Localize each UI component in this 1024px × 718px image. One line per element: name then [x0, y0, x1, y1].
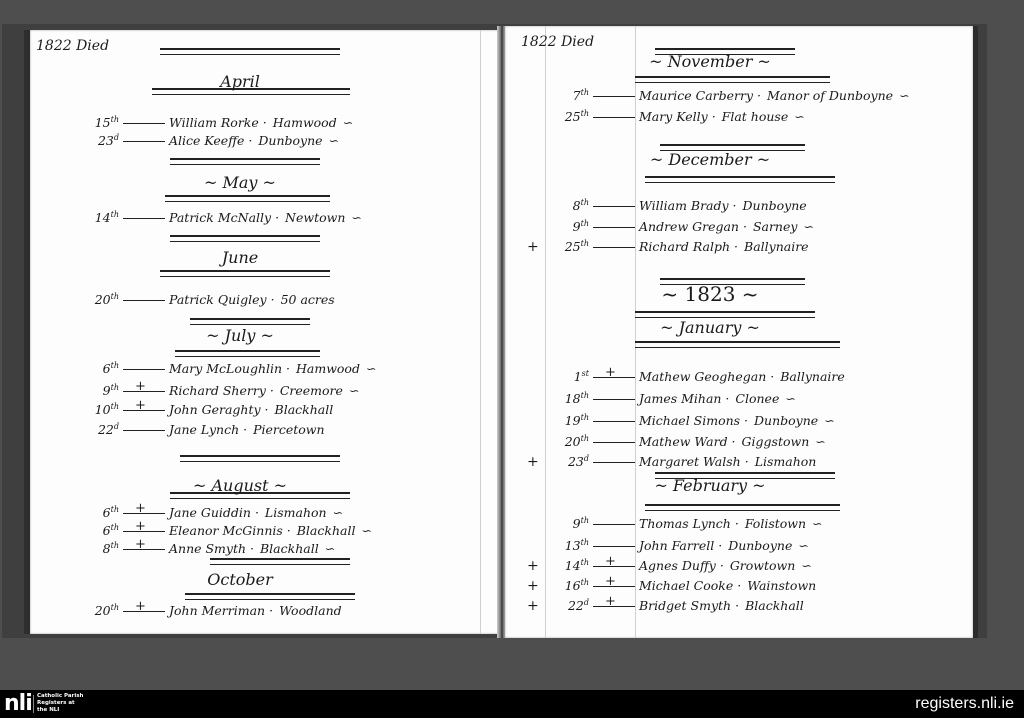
deceased-name: William Brady ·	[639, 198, 737, 213]
townland: Creemore	[280, 383, 343, 398]
entry-dash: +	[593, 566, 635, 567]
month-heading: ~ January ~	[505, 318, 915, 337]
month-heading: ~ November ~	[505, 52, 915, 71]
tick-mark: ∽	[803, 219, 813, 234]
entry-dash: +	[593, 586, 635, 587]
deceased-name: Patrick McNally ·	[169, 210, 279, 225]
deceased-name: Patrick Quigley ·	[169, 292, 275, 307]
deceased-name: Alice Keeffe ·	[169, 133, 252, 148]
margin-cross-mark: +	[527, 239, 539, 255]
double-rule	[170, 158, 320, 165]
entry-dash	[593, 227, 635, 228]
deceased-name: Mary McLoughlin ·	[169, 361, 290, 376]
burial-entry: 20th+John Merriman ·Woodland	[85, 603, 342, 618]
entry-day: 15th	[85, 115, 119, 130]
left-page: 1822 Died April15thWilliam Rorke ·Hamwoo…	[24, 30, 506, 634]
deceased-name: Jane Lynch ·	[169, 422, 247, 437]
entry-day: 23d	[85, 133, 119, 148]
entry-dash: +	[123, 410, 165, 411]
burial-entry: 9thAndrew Gregan ·Sarney∽	[555, 219, 814, 234]
burial-entry: +14th+Agnes Duffy ·Growtown∽	[555, 558, 812, 573]
burial-entry: 10th+John Geraghty ·Blackhall	[85, 402, 333, 417]
entry-day: 23d	[555, 454, 589, 469]
burial-entry: 19thMichael Simons ·Dunboyne∽	[555, 413, 835, 428]
deceased-name: John Merriman ·	[169, 603, 273, 618]
page-year-label: 1822 Died	[36, 38, 109, 54]
cross-mark: +	[135, 599, 146, 614]
deceased-name: Maurice Carberry ·	[639, 88, 761, 103]
double-rule	[210, 558, 350, 565]
townland: Ballynaire	[780, 369, 845, 384]
double-rule	[160, 270, 330, 277]
deceased-name: Andrew Gregan ·	[639, 219, 747, 234]
burial-entry: 9th+Richard Sherry ·Creemore∽	[85, 383, 359, 398]
entry-dash	[123, 430, 165, 431]
deceased-name: Mathew Ward ·	[639, 434, 736, 449]
burial-entry: 15thWilliam Rorke ·Hamwood∽	[85, 115, 353, 130]
entry-dash: +	[593, 606, 635, 607]
entry-day: 20th	[85, 603, 119, 618]
townland: Clonee	[735, 391, 779, 406]
burial-entry: 22dJane Lynch ·Piercetown	[85, 422, 325, 437]
burial-entry: 23dAlice Keeffe ·Dunboyne∽	[85, 133, 339, 148]
entry-day: 9th	[555, 219, 589, 234]
entry-dash	[123, 141, 165, 142]
month-heading: ~ 1823 ~	[505, 282, 915, 306]
double-rule	[645, 176, 835, 183]
entry-dash: +	[123, 391, 165, 392]
entry-day: 8th	[85, 541, 119, 556]
month-heading: April	[30, 72, 450, 91]
entry-day: 14th	[555, 558, 589, 573]
deceased-name: Thomas Lynch ·	[639, 516, 739, 531]
entry-dash: +	[123, 513, 165, 514]
townland: Blackhall	[275, 402, 334, 417]
burial-entry: 13thJohn Farrell ·Dunboyne∽	[555, 538, 809, 553]
burial-entry: 20thMathew Ward ·Giggstown∽	[555, 434, 826, 449]
month-heading: June	[30, 248, 450, 267]
deceased-name: Jane Guiddin ·	[169, 505, 259, 520]
month-heading: ~ December ~	[505, 150, 915, 169]
townland: Dunboyne	[258, 133, 322, 148]
month-heading: ~ July ~	[30, 326, 450, 345]
cross-mark: +	[135, 501, 146, 516]
image-viewer[interactable]: 1822 Died April15thWilliam Rorke ·Hamwoo…	[0, 0, 1024, 690]
month-heading: ~ May ~	[30, 173, 450, 192]
burial-entry: 6th+Eleanor McGinnis ·Blackhall∽	[85, 523, 372, 538]
double-rule	[185, 593, 355, 600]
deceased-name: Richard Ralph ·	[639, 239, 738, 254]
entry-day: 8th	[555, 198, 589, 213]
deceased-name: John Farrell ·	[639, 538, 722, 553]
entry-day: 6th	[85, 523, 119, 538]
cross-mark: +	[135, 398, 146, 413]
deceased-name: Margaret Walsh ·	[639, 454, 749, 469]
tick-mark: ∽	[349, 383, 359, 398]
double-rule	[170, 235, 320, 242]
cross-mark: +	[605, 594, 616, 609]
tick-mark: ∽	[801, 558, 811, 573]
deceased-name: Mary Kelly ·	[639, 109, 716, 124]
entry-dash: +	[123, 611, 165, 612]
burial-entry: 20thPatrick Quigley ·50 acres	[85, 292, 335, 307]
deceased-name: James Mihan ·	[639, 391, 729, 406]
burial-entry: 8thWilliam Brady ·Dunboyne	[555, 198, 807, 213]
entry-day: 13th	[555, 538, 589, 553]
margin-rule	[480, 30, 481, 634]
entry-dash	[123, 123, 165, 124]
entry-dash	[593, 442, 635, 443]
townland: Sarney	[753, 219, 798, 234]
deceased-name: Michael Simons ·	[639, 413, 748, 428]
entry-day: 1st	[555, 369, 589, 384]
deceased-name: Mathew Geoghegan ·	[639, 369, 774, 384]
margin-cross-mark: +	[527, 598, 539, 614]
month-heading: ~ August ~	[30, 476, 450, 495]
double-rule	[635, 311, 815, 318]
double-rule	[175, 350, 320, 357]
entry-day: 20th	[85, 292, 119, 307]
townland: Dunboyne	[754, 413, 818, 428]
entry-dash	[123, 218, 165, 219]
deceased-name: Michael Cooke ·	[639, 578, 741, 593]
entry-day: 10th	[85, 402, 119, 417]
townland: Dunboyne	[743, 198, 807, 213]
cross-mark: +	[605, 574, 616, 589]
logo-divider	[33, 695, 34, 713]
entry-day: 20th	[555, 434, 589, 449]
burial-entry: +25thRichard Ralph ·Ballynaire	[555, 239, 809, 254]
townland: Blackhall	[745, 598, 804, 613]
entry-dash	[593, 117, 635, 118]
deceased-name: William Rorke ·	[169, 115, 267, 130]
entry-day: 25th	[555, 239, 589, 254]
tick-mark: ∽	[366, 361, 376, 376]
entry-day: 6th	[85, 361, 119, 376]
month-heading: ~ February ~	[505, 476, 915, 495]
townland: 50 acres	[281, 292, 335, 307]
tick-mark: ∽	[361, 523, 371, 538]
entry-dash	[593, 462, 635, 463]
tick-mark: ∽	[333, 505, 343, 520]
double-rule	[160, 48, 340, 55]
double-rule	[635, 76, 830, 83]
burial-entry: 6thMary McLoughlin ·Hamwood∽	[85, 361, 376, 376]
logo-caption: Catholic Parish Registers at the NLI	[37, 693, 83, 714]
entry-day: 22d	[555, 598, 589, 613]
townland: Hamwood	[296, 361, 360, 376]
entry-day: 6th	[85, 505, 119, 520]
tick-mark: ∽	[815, 434, 825, 449]
tick-mark: ∽	[351, 210, 361, 225]
entry-day: 9th	[555, 516, 589, 531]
burial-entry: +23dMargaret Walsh ·Lismahon	[555, 454, 816, 469]
cross-mark: +	[135, 537, 146, 552]
townland: Woodland	[279, 603, 342, 618]
entry-day: 7th	[555, 88, 589, 103]
townland: Manor of Dunboyne	[767, 88, 893, 103]
tick-mark: ∽	[899, 88, 909, 103]
burial-entry: 6th+Jane Guiddin ·Lismahon∽	[85, 505, 343, 520]
cross-mark: +	[605, 554, 616, 569]
tick-mark: ∽	[824, 413, 834, 428]
tick-mark: ∽	[343, 115, 353, 130]
tick-mark: ∽	[794, 109, 804, 124]
burial-entry: 7thMaurice Carberry ·Manor of Dunboyne∽	[555, 88, 910, 103]
double-rule	[635, 341, 840, 348]
entry-day: 19th	[555, 413, 589, 428]
entry-day: 14th	[85, 210, 119, 225]
townland: Lismahon	[755, 454, 817, 469]
entry-dash	[123, 300, 165, 301]
townland: Folistown	[745, 516, 806, 531]
deceased-name: Agnes Duffy ·	[639, 558, 724, 573]
page-year-label: 1822 Died	[521, 34, 594, 50]
deceased-name: Richard Sherry ·	[169, 383, 274, 398]
townland: Piercetown	[253, 422, 324, 437]
entry-dash	[593, 546, 635, 547]
townland: Ballynaire	[744, 239, 809, 254]
townland: Hamwood	[273, 115, 337, 130]
entry-dash	[593, 247, 635, 248]
burial-entry: +22d+Bridget Smyth ·Blackhall	[555, 598, 804, 613]
deceased-name: Bridget Smyth ·	[639, 598, 739, 613]
townland: Flat house	[722, 109, 789, 124]
entry-dash: +	[593, 377, 635, 378]
tick-mark: ∽	[325, 541, 335, 556]
entry-dash	[593, 206, 635, 207]
cross-mark: +	[135, 379, 146, 394]
double-rule	[165, 195, 330, 202]
double-rule	[645, 504, 840, 511]
burial-entry: 18thJames Mihan ·Clonee∽	[555, 391, 796, 406]
tick-mark: ∽	[812, 516, 822, 531]
entry-day: 25th	[555, 109, 589, 124]
burial-entry: 9thThomas Lynch ·Folistown∽	[555, 516, 823, 531]
entry-dash	[593, 96, 635, 97]
townland: Blackhall	[297, 523, 356, 538]
burial-entry: 14thPatrick McNally ·Newtown∽	[85, 210, 362, 225]
townland: Giggstown	[742, 434, 810, 449]
margin-cross-mark: +	[527, 454, 539, 470]
site-link[interactable]: registers.nli.ie	[915, 695, 1014, 713]
burial-entry: 8th+Anne Smyth ·Blackhall∽	[85, 541, 335, 556]
townland: Wainstown	[747, 578, 816, 593]
townland: Dunboyne	[728, 538, 792, 553]
deceased-name: Eleanor McGinnis ·	[169, 523, 291, 538]
margin-cross-mark: +	[527, 558, 539, 574]
right-page: 1822 Died ~ November ~7thMaurice Carberr…	[505, 26, 978, 638]
entry-dash	[593, 421, 635, 422]
townland: Lismahon	[265, 505, 327, 520]
margin-cross-mark: +	[527, 578, 539, 594]
cross-mark: +	[605, 365, 616, 380]
entry-dash: +	[123, 549, 165, 550]
tick-mark: ∽	[329, 133, 339, 148]
entry-day: 9th	[85, 383, 119, 398]
townland: Growtown	[730, 558, 796, 573]
entry-dash	[123, 369, 165, 370]
entry-day: 16th	[555, 578, 589, 593]
entry-dash	[593, 524, 635, 525]
tick-mark: ∽	[798, 538, 808, 553]
cross-mark: +	[135, 519, 146, 534]
entry-day: 18th	[555, 391, 589, 406]
deceased-name: John Geraghty ·	[169, 402, 269, 417]
nli-logo[interactable]: nli	[4, 693, 32, 715]
entry-dash	[593, 399, 635, 400]
entry-day: 22d	[85, 422, 119, 437]
double-rule	[190, 318, 310, 325]
burial-entry: 1st+Mathew Geoghegan ·Ballynaire	[555, 369, 845, 384]
month-heading: October	[30, 570, 450, 589]
footer-bar: nli Catholic Parish Registers at the NLI…	[0, 690, 1024, 718]
burial-entry: 25thMary Kelly ·Flat house∽	[555, 109, 805, 124]
entry-dash: +	[123, 531, 165, 532]
double-rule	[180, 455, 340, 462]
townland: Newtown	[285, 210, 345, 225]
burial-entry: +16th+Michael Cooke ·Wainstown	[555, 578, 816, 593]
tick-mark: ∽	[785, 391, 795, 406]
townland: Blackhall	[260, 541, 319, 556]
deceased-name: Anne Smyth ·	[169, 541, 254, 556]
